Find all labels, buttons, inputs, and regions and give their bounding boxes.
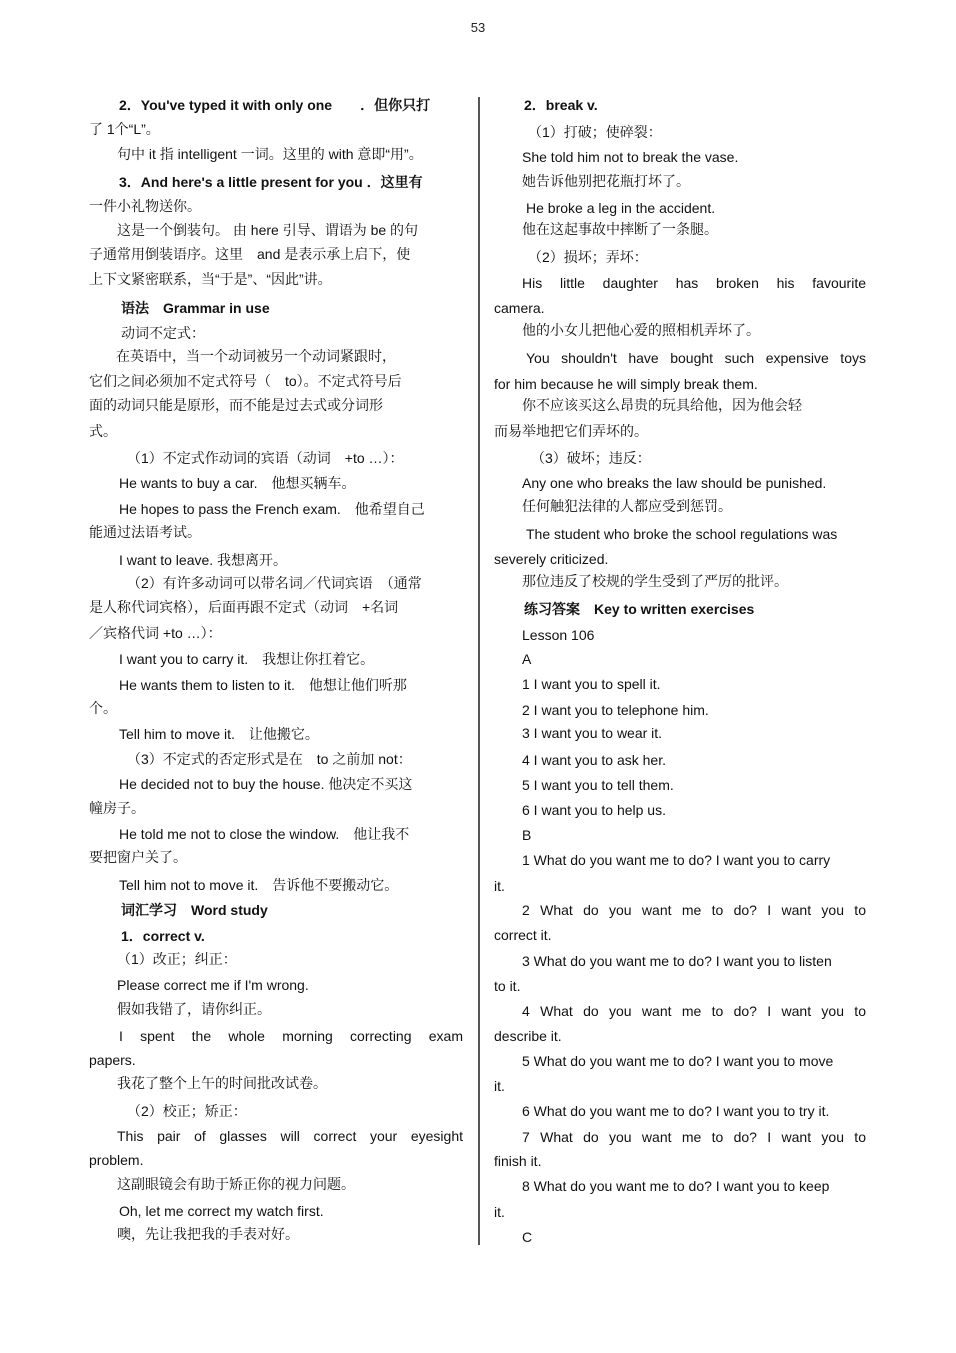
heading-line: 2．You've typed it with only one ．但你只打 xyxy=(119,95,430,115)
text-line: （2）有许多动词可以带名词／代词宾语 （通常 xyxy=(127,573,422,593)
text-line: 了 1个“L”。 xyxy=(89,119,160,139)
text-line: 1 What do you want me to do? I want you … xyxy=(522,850,830,870)
text-line: 3 What do you want me to do? I want you … xyxy=(522,951,832,971)
text-line: for him because he will simply break the… xyxy=(494,374,758,394)
text-line: describe it. xyxy=(494,1026,562,1046)
text-line: it. xyxy=(494,876,505,896)
text-line: 句中 it 指 intelligent 一词。这里的 with 意即“用”。 xyxy=(117,144,423,164)
text-line: 你不应该买这么昂贵的玩具给他，因为他会轻 xyxy=(522,395,802,415)
text-line: finish it. xyxy=(494,1151,541,1171)
text-line: 在英语中，当一个动词被另一个动词紧跟时， xyxy=(116,346,396,366)
heading-line: 词汇学习 Word study xyxy=(121,900,268,920)
heading-line: 练习答案 Key to written exercises xyxy=(524,599,754,619)
text-line: 4 I want you to ask her. xyxy=(522,750,666,770)
text-line: Lesson 106 xyxy=(522,625,594,645)
text-line: 3 I want you to wear it. xyxy=(522,723,662,743)
text-line: ／宾格代词 +to …）： xyxy=(89,623,222,643)
text-line: I want to leave. 我想离开。 xyxy=(119,550,287,570)
text-line: 8 What do you want me to do? I want you … xyxy=(522,1176,829,1196)
page-number: 53 xyxy=(0,20,956,35)
text-line: Please correct me if I'm wrong. xyxy=(117,975,309,995)
text-line: 上下文紧密联系，当“于是”、“因此”讲。 xyxy=(89,269,332,289)
text-line: This pair of glasses will correct your e… xyxy=(117,1126,463,1146)
text-line: I want you to carry it. 我想让你扛着它。 xyxy=(119,649,374,669)
text-line: 式。 xyxy=(89,421,117,441)
text-line: He wants them to listen to it. 他想让他们听那 xyxy=(119,675,407,695)
text-line: 6 What do you want me to do? I want you … xyxy=(522,1101,829,1121)
text-line: He told me not to close the window. 他让我不 xyxy=(119,824,409,844)
text-line: 这是一个倒装句。 由 here 引导、谓语为 be 的句 xyxy=(117,220,418,240)
text-line: to it. xyxy=(494,976,520,996)
text-line: 一件小礼物送你。 xyxy=(89,196,201,216)
text-line: （1）打破；使碎裂： xyxy=(528,122,662,142)
text-line: His little daughter has broken his favou… xyxy=(522,273,866,293)
text-line: （3）破坏；违反： xyxy=(531,448,651,468)
text-line: 我花了整个上午的时间批改试卷。 xyxy=(117,1073,327,1093)
text-line: 5 What do you want me to do? I want you … xyxy=(522,1051,833,1071)
text-line: （1）不定式作动词的宾语（动词 +to …）： xyxy=(127,448,404,468)
text-line: A xyxy=(522,649,531,669)
text-line: （2）校正；矫正： xyxy=(127,1101,247,1121)
text-line: （2）损坏；弄坏： xyxy=(528,247,648,267)
text-line: He hopes to pass the French exam. 他希望自己 xyxy=(119,499,425,519)
text-line: 幢房子。 xyxy=(89,798,145,818)
text-line: 1 I want you to spell it. xyxy=(522,674,661,694)
text-line: 6 I want you to help us. xyxy=(522,800,666,820)
text-line: severely criticized. xyxy=(494,549,608,569)
text-line: papers. xyxy=(89,1050,136,1070)
text-line: Oh, let me correct my watch first. xyxy=(119,1201,324,1221)
heading-line: 2．break v. xyxy=(524,95,598,115)
text-line: 7 What do you want me to do? I want you … xyxy=(522,1127,866,1147)
text-line: it. xyxy=(494,1202,505,1222)
text-line: it. xyxy=(494,1076,505,1096)
text-line: 他的小女儿把他心爱的照相机弄坏了。 xyxy=(522,320,760,340)
text-line: He decided not to buy the house. 他决定不买这 xyxy=(119,774,412,794)
text-line: He wants to buy a car. 他想买辆车。 xyxy=(119,473,356,493)
text-line: 2 I want you to telephone him. xyxy=(522,700,709,720)
text-line: 4 What do you want me to do? I want you … xyxy=(522,1001,866,1021)
text-line: （1）改正；纠正： xyxy=(117,949,237,969)
text-line: B xyxy=(522,825,531,845)
text-line: The student who broke the school regulat… xyxy=(526,524,837,544)
text-line: 2 What do you want me to do? I want you … xyxy=(522,900,866,920)
text-line: camera. xyxy=(494,298,545,318)
text-line: 面的动词只能是原形，而不能是过去式或分词形 xyxy=(89,395,383,415)
text-line: Any one who breaks the law should be pun… xyxy=(522,473,826,493)
text-line: 那位违反了校规的学生受到了严厉的批评。 xyxy=(522,571,788,591)
text-line: 是人称代词宾格），后面再跟不定式（动词 +名词 xyxy=(89,597,398,617)
text-line: 能通过法语考试。 xyxy=(89,522,201,542)
text-line: C xyxy=(522,1227,532,1247)
heading-line: 语法 Grammar in use xyxy=(121,298,270,318)
text-line: Tell him to move it. 让他搬它。 xyxy=(119,724,319,744)
text-line: （3）不定式的否定形式是在 to 之前加 not： xyxy=(127,749,412,769)
text-line: She told him not to break the vase. xyxy=(522,147,738,167)
text-line: You shouldn't have bought such expensive… xyxy=(526,348,866,368)
text-line: 而易举地把它们弄坏的。 xyxy=(494,421,648,441)
text-line: 她告诉他别把花瓶打坏了。 xyxy=(522,171,690,191)
text-line: correct it. xyxy=(494,925,552,945)
text-line: 5 I want you to tell them. xyxy=(522,775,674,795)
text-line: I spent the whole morning correcting exa… xyxy=(119,1026,463,1046)
heading-line: 1．correct v. xyxy=(121,926,205,946)
text-line: problem. xyxy=(89,1150,143,1170)
text-line: 子通常用倒装语序。这里 and 是表示承上启下，使 xyxy=(89,244,410,264)
text-line: 假如我错了，请你纠正。 xyxy=(117,999,271,1019)
text-line: 个。 xyxy=(89,698,117,718)
text-line: Tell him not to move it. 告诉他不要搬动它。 xyxy=(119,875,398,895)
text-line: 要把窗户关了。 xyxy=(89,847,187,867)
text-line: 它们之间必须加不定式符号（ to）。不定式符号后 xyxy=(89,371,402,391)
text-line: 这副眼镜会有助于矫正你的视力问题。 xyxy=(117,1174,355,1194)
text-line: 他在这起事故中摔断了一条腿。 xyxy=(522,219,718,239)
text-line: 任何触犯法律的人都应受到惩罚。 xyxy=(522,496,732,516)
text-line: 噢，先让我把我的手表对好。 xyxy=(117,1224,299,1244)
text-line: 动词不定式： xyxy=(121,323,205,343)
heading-line: 3．And here's a little present for you ．这… xyxy=(119,172,423,192)
text-line: He broke a leg in the accident. xyxy=(526,198,715,218)
column-divider xyxy=(478,97,480,1245)
